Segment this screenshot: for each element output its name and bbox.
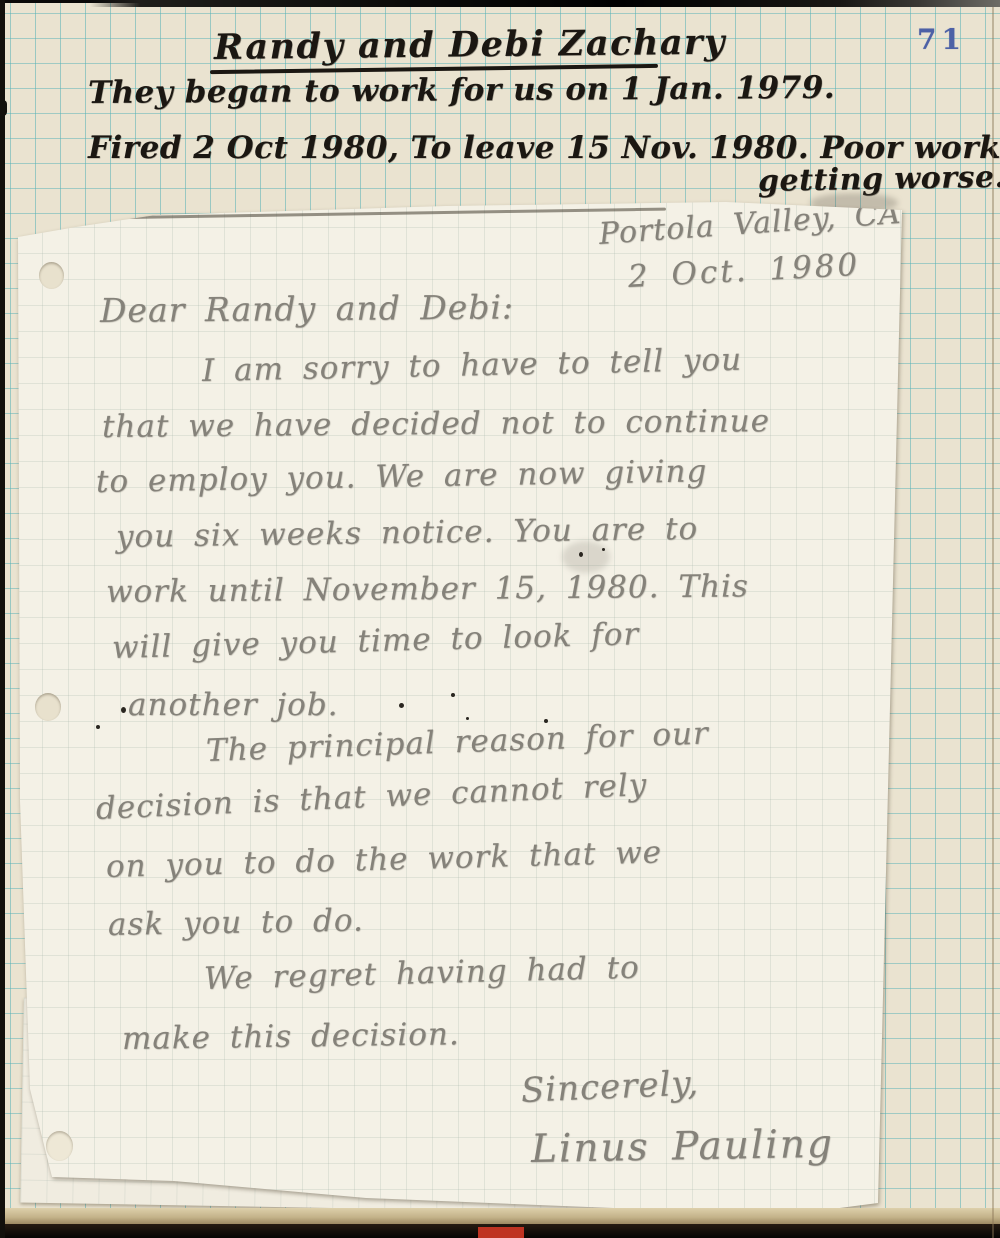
letter-paper: Portola Valley, CA 2 Oct. 1980 Dear Rand… xyxy=(16,201,906,1221)
ink-speck xyxy=(399,703,404,708)
hole-punch xyxy=(46,1131,73,1161)
red-tab xyxy=(478,1227,524,1238)
hole-punch xyxy=(35,693,61,721)
letter-body-line: on you to do the work that we xyxy=(106,834,663,885)
letter-body-line: will give you time to look for xyxy=(112,616,640,666)
letter-body-line: The principal reason for our xyxy=(205,715,709,769)
letter-place: Portola Valley, CA xyxy=(598,196,903,252)
ink-speck xyxy=(466,717,469,720)
book-page-edges xyxy=(0,1208,1000,1225)
ink-speck xyxy=(96,725,100,729)
page-number: 71 xyxy=(917,23,966,56)
letter-sheet: Portola Valley, CA 2 Oct. 1980 Dear Rand… xyxy=(16,201,906,1221)
letter-body-line: decision is that we cannot rely xyxy=(95,767,648,827)
letter-closing: Sincerely, xyxy=(520,1063,700,1111)
notebook-page: 71 Randy and Debi Zachary They began to … xyxy=(4,3,1000,1225)
photo-top-edge xyxy=(0,0,1000,7)
letter-body-line: that we have decided not to continue xyxy=(102,403,770,445)
ink-speck xyxy=(602,548,605,551)
hole-punch xyxy=(39,262,64,289)
note-line: They began to work for us on 1 Jan. 1979… xyxy=(88,70,835,111)
note-line: getting worse. xyxy=(758,160,1000,199)
letter-body-line: another job. xyxy=(128,687,339,723)
ink-speck xyxy=(121,707,126,713)
letter-body-line: you six weeks notice. You are to xyxy=(116,511,699,555)
binding-mark xyxy=(0,100,7,116)
letter-salutation: Dear Randy and Debi: xyxy=(100,287,514,330)
note-title: Randy and Debi Zachary xyxy=(214,22,726,68)
letter-body-line: make this decision. xyxy=(122,1016,460,1057)
photo-left-edge xyxy=(0,0,5,1238)
ink-speck xyxy=(451,693,455,697)
notebook-photo: 71 Randy and Debi Zachary They began to … xyxy=(0,0,1000,1238)
note-line: Fired 2 Oct 1980, To leave 15 Nov. 1980.… xyxy=(88,130,1000,166)
letter-edge-shadow xyxy=(100,208,666,220)
letter-body-line: ask you to do. xyxy=(108,903,364,943)
ink-speck xyxy=(544,719,548,723)
letter-body-line: work until November 15, 1980. This xyxy=(106,568,749,610)
letter-body-line: I am sorry to have to tell you xyxy=(202,342,743,389)
letter-date: 2 Oct. 1980 xyxy=(627,247,861,295)
ink-speck xyxy=(579,552,583,557)
letter-body-line: to employ you. We are now giving xyxy=(96,453,708,500)
letter-signature: Linus Pauling xyxy=(531,1122,835,1172)
page-edge-line xyxy=(992,0,994,1238)
pencil-smudge xyxy=(562,541,610,573)
letter-body-line: We regret having had to xyxy=(204,950,641,997)
